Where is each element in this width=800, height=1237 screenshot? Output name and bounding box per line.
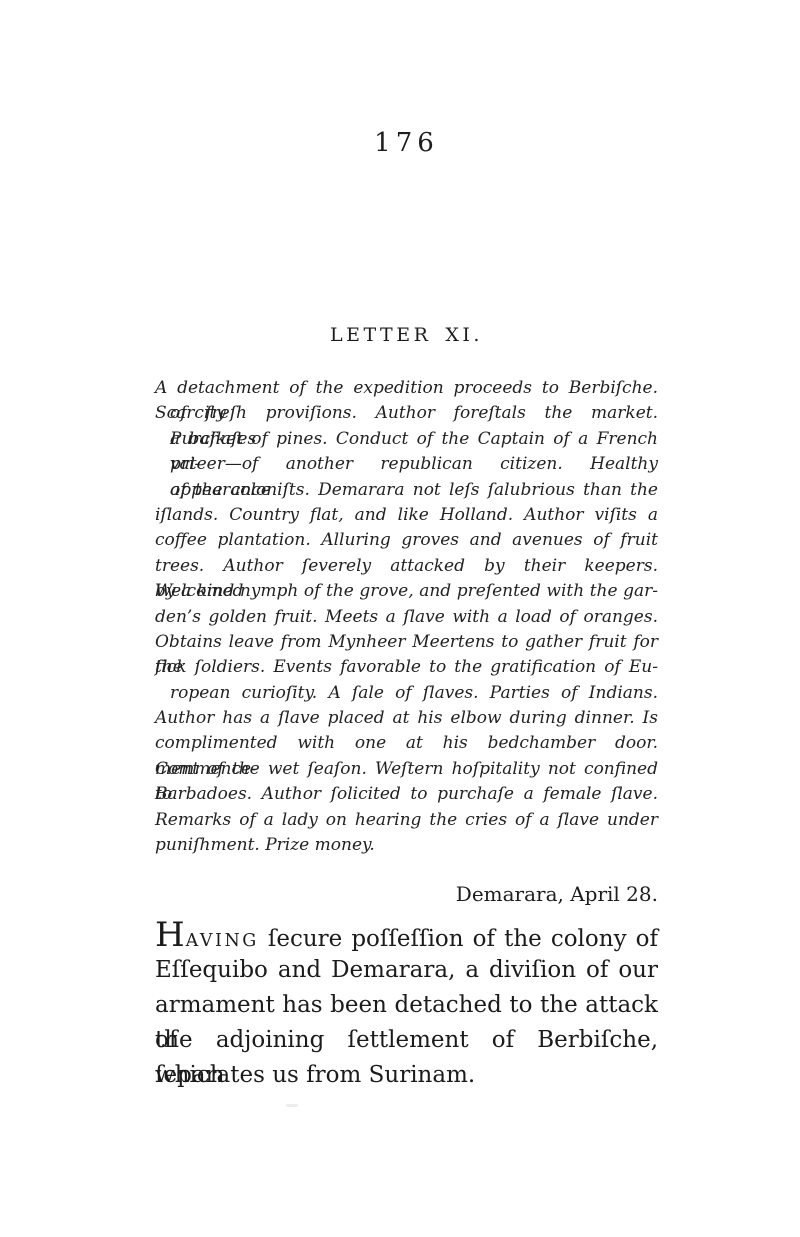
small-caps-word-rest: AVING — [186, 931, 259, 951]
body-line: ſeparates us from Surinam. — [155, 1058, 658, 1093]
letter-heading-word: LETTER — [330, 324, 431, 346]
summary-line: of the coloniſts. Demarara not leſs ſalu… — [155, 478, 658, 503]
summary-line: a baſket of pines. Conduct of the Captai… — [155, 427, 658, 452]
summary-line: Obtains leave from Mynheer Meertens to g… — [155, 630, 658, 655]
summary-line: A detachment of the expedition proceeds … — [155, 376, 658, 401]
letter-heading-numeral: XI. — [445, 324, 483, 346]
drop-cap-initial: H — [155, 915, 186, 955]
summary-line: complimented with one at his bedchamber … — [155, 731, 658, 756]
summary-line: trees. Author ſeverely attacked by their… — [155, 554, 658, 579]
body-line: the adjoining ſettlement of Berbiſche, w… — [155, 1023, 658, 1058]
body-paragraph: HAVING ſecure poſſeſſion of the colony o… — [155, 918, 658, 1093]
body-line: HAVING ſecure poſſeſſion of the colony o… — [155, 918, 658, 953]
dateline: Demarara, April 28. — [155, 882, 658, 906]
book-page: 176 LETTERXI. A detachment of the expedi… — [0, 0, 800, 1237]
summary-argument: A detachment of the expedition proceeds … — [155, 376, 658, 858]
letter-heading: LETTERXI. — [155, 324, 658, 346]
body-line: armament has been detached to the attack… — [155, 988, 658, 1023]
page-number: 176 — [155, 130, 658, 156]
text-column: 176 LETTERXI. A detachment of the expedi… — [155, 130, 658, 1093]
summary-line: ment of the wet ſeaſon. Weſtern hoſpital… — [155, 757, 658, 782]
summary-line: Author has a ſlave placed at his elbow d… — [155, 706, 658, 731]
summary-line: coffee plantation. Alluring groves and a… — [155, 528, 658, 553]
summary-line: vateer—of another republican citizen. He… — [155, 452, 658, 477]
summary-line: by a kind nymph of the grove, and preſen… — [155, 579, 658, 604]
summary-line: den’s golden fruit. Meets a ſlave with a… — [155, 605, 658, 630]
summary-line: ropean curioſity. A ſale of ſlaves. Part… — [155, 681, 658, 706]
summary-line: puniſhment. Prize money. — [155, 833, 658, 858]
scan-artifact — [286, 1104, 298, 1107]
summary-line: ſick ſoldiers. Events favorable to the g… — [155, 655, 658, 680]
summary-line: Remarks of a lady on hearing the cries o… — [155, 808, 658, 833]
summary-line: iſlands. Country flat, and like Holland.… — [155, 503, 658, 528]
body-line: Eſſequibo and Demarara, a diviſion of ou… — [155, 953, 658, 988]
summary-line: Barbadoes. Author ſolicited to purchaſe … — [155, 782, 658, 807]
summary-line: of freſh proviſions. Author foreſtals th… — [155, 401, 658, 426]
